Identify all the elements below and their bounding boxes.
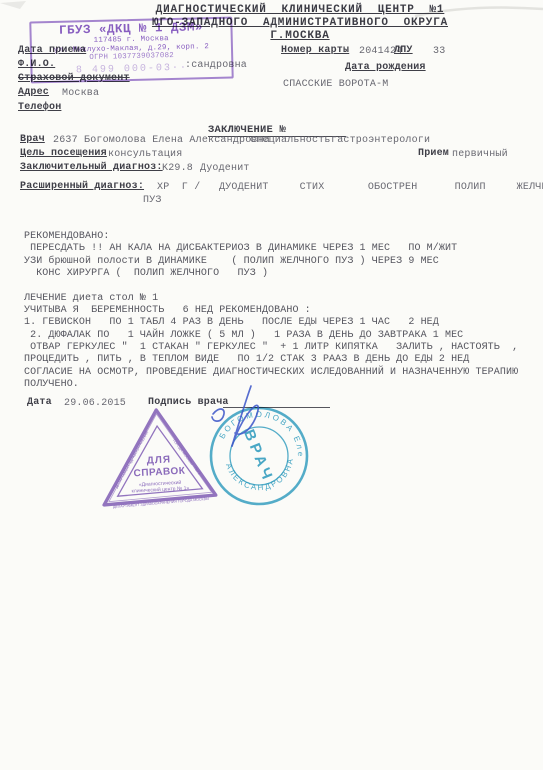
text-line: 1. ГЕВИСКОН ПО 1 ТАБЛ 4 РАЗ В ДЕНЬ ПОСЛЕ…	[24, 317, 534, 329]
doctor-label: Врач	[20, 134, 45, 145]
text-line: УЗИ брюшной полости В ДИНАМИКЕ ( ПОЛИП Ж…	[24, 256, 534, 268]
text-line: ПРОЦЕДИТЬ , ПИТЬ , В ТЕПЛОМ ВИДЕ ПО 1/2 …	[24, 354, 534, 366]
address-value: Москва	[62, 88, 99, 99]
text-line: КОНС ХИРУРГА ( ПОЛИП ЖЕЛЧНОГО ПУЗ )	[24, 268, 534, 280]
insurance-value: СПАССКИЕ ВОРОТА-М	[283, 79, 388, 90]
triangle-stamp-text-2: СПРАВОК	[133, 466, 186, 480]
footer-date-value: 29.06.2015	[64, 398, 126, 409]
text-line: УЧИТЫВА Я БЕРЕМЕННОСТЬ 6 НЕД РЕКОМЕНДОВА…	[24, 305, 534, 317]
triangle-stamp-text-1: ДЛЯ	[146, 454, 171, 466]
org-name-line1: ДИАГНОСТИЧЕСКИЙ КЛИНИЧЕСКИЙ ЦЕНТР №1	[120, 4, 480, 16]
admission-type-label: Прием	[418, 148, 449, 159]
final-diagnosis-value: Дуоденит	[200, 163, 250, 174]
address-label: Адрес	[18, 87, 49, 98]
extended-diagnosis-line1: ХР Г / ДУОДЕНИТ СТИХ ОБОСТРЕН ПОЛИП ЖЕЛЧ…	[157, 182, 543, 193]
lpu-value: 33	[433, 46, 445, 57]
extended-diagnosis-line2: ПУЗ	[143, 195, 162, 206]
final-diagnosis-code: K29.8	[162, 163, 193, 174]
clinic-corner-stamp: ГБУЗ «ДКЦ № 1 ДЗМ» 117485 г. Москва ул. …	[29, 17, 233, 84]
text-line: ЛЕЧЕНИЕ диета стол № 1	[24, 293, 534, 305]
scanned-medical-document: { "header": { "line1": "ДИАГНОСТИЧЕСКИЙ …	[0, 0, 543, 770]
doctor-value: 2637 Богомолова Елена Александровна	[53, 135, 270, 146]
specialty-value: гастроэнтерологи	[331, 135, 430, 146]
text-line	[24, 280, 534, 292]
text-line: ОТВАР ГЕРКУЛЕС " 1 СТАКАН " ГЕРКУЛЕС " +…	[24, 342, 534, 354]
stamp-phone: 8 499 000-03··	[32, 61, 231, 77]
birth-date-label: Дата рождения	[345, 62, 426, 73]
final-diagnosis-label: Заключительный диагноз:	[20, 162, 163, 173]
phone-label: Телефон	[18, 102, 61, 113]
lpu-label: ЛПУ	[394, 45, 413, 56]
footer-date-label: Дата	[27, 397, 52, 408]
text-line: РЕКОМЕНДОВАНО:	[24, 231, 534, 243]
admission-type-value: первичный	[452, 149, 508, 160]
triangle-stamp-edge-left: ДЕПАРТАМЕНТ ЗДРАВООХРАНЕНИЯ	[115, 430, 150, 489]
visit-purpose-label: Цель посещения	[20, 148, 107, 159]
doctor-signature	[195, 376, 335, 466]
visit-purpose-value: консультация	[108, 149, 182, 160]
text-line: ПЕРЕСДАТЬ !! АН КАЛА НА ДИСБАКТЕРИОЗ В Д…	[24, 243, 534, 255]
extended-diagnosis-label: Расширенный диагноз:	[20, 181, 144, 192]
recommendations-block: РЕКОМЕНДОВАНО: ПЕРЕСДАТЬ !! АН КАЛА НА Д…	[24, 231, 534, 391]
specialty-label: специальность	[250, 135, 331, 146]
text-line: 2. ДЮФАЛАК ПО 1 ЧАЙН ЛОЖКЕ ( 5 МЛ ) 1 РА…	[24, 330, 534, 342]
card-number-label: Номер карты	[281, 45, 349, 56]
